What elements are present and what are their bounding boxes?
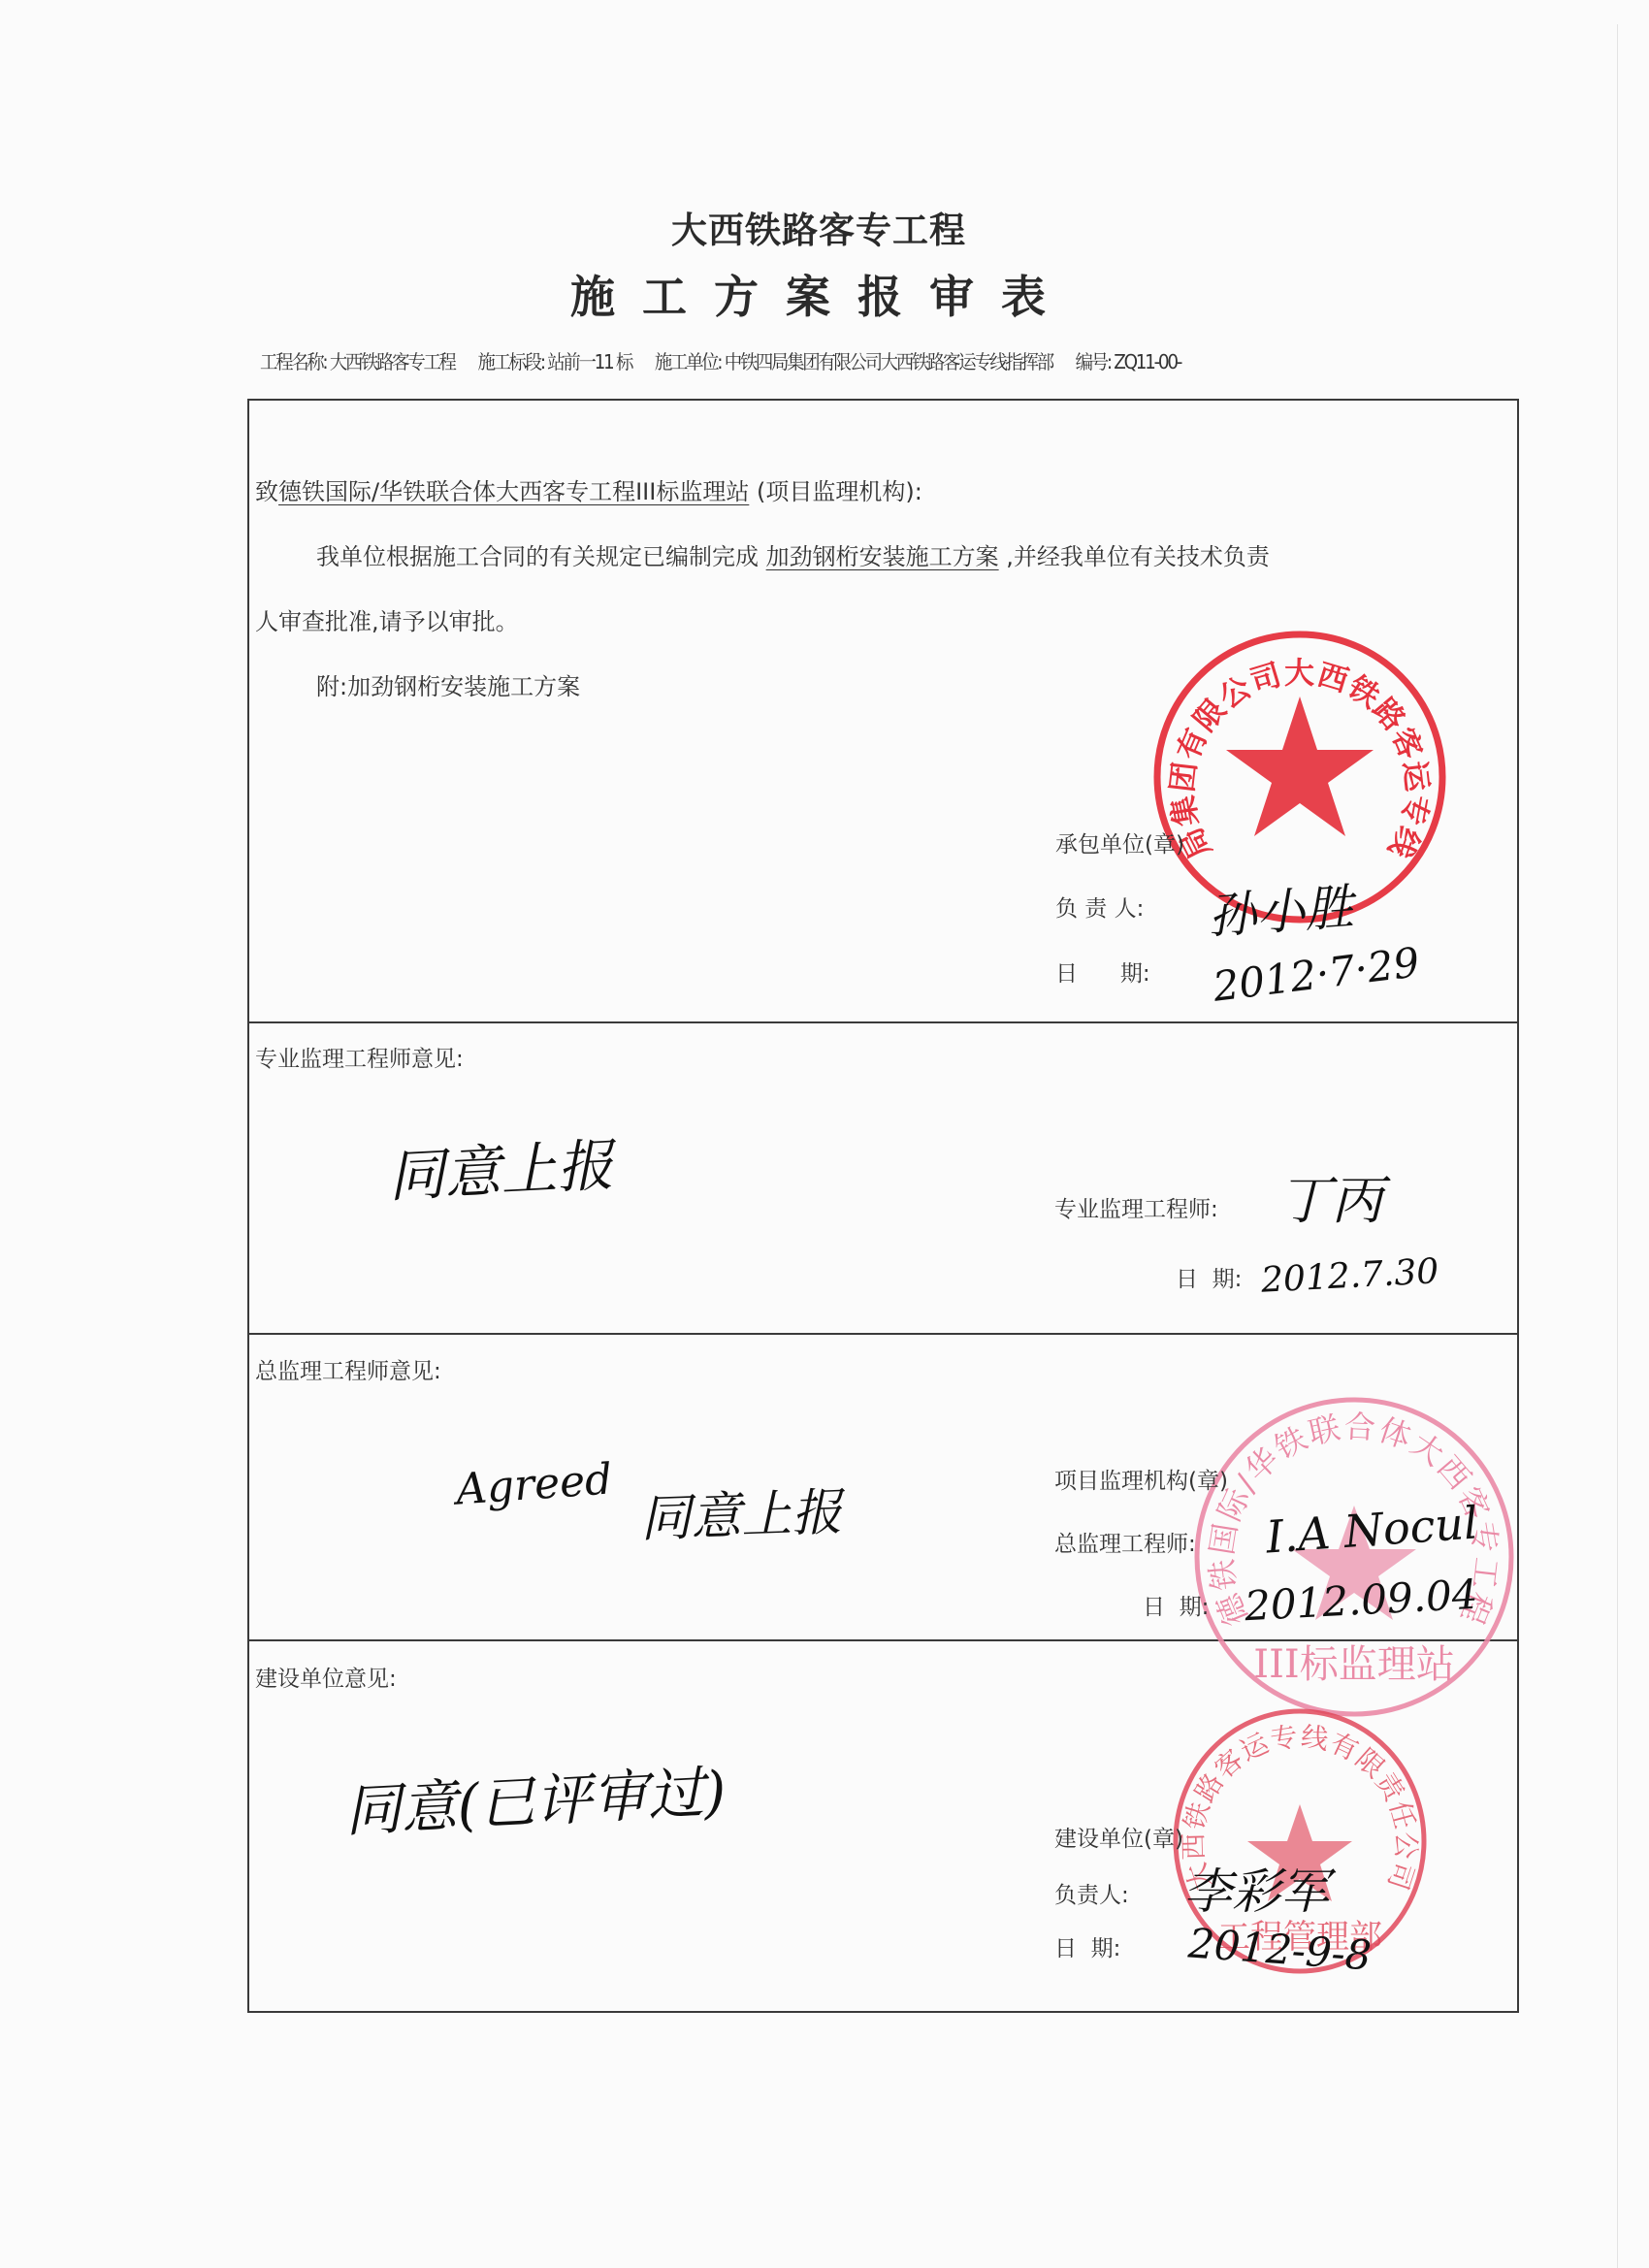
addressee: 德铁国际/华铁联合体大西客专工程III标监理站: [278, 478, 749, 505]
owner-date-label: 日 期:: [1054, 1930, 1120, 1962]
section-label: 施工标段:: [477, 350, 543, 373]
section-divider: [247, 1333, 1519, 1335]
chief-opinion-cn: 同意上报: [639, 1471, 844, 1550]
line1-prefix: 我单位根据施工合同的有关规定已编制完成: [316, 543, 759, 570]
contractor-unit-label: 承包单位(章): [1055, 826, 1184, 859]
project-name: 大西铁路客专工程: [330, 350, 455, 373]
svg-text:III标监理站: III标监理站: [1253, 1642, 1454, 1687]
owner-unit-label: 建设单位(章): [1054, 1821, 1183, 1853]
contractor-label: 施工单位:: [655, 350, 721, 373]
section-value: 站前一11 标: [547, 350, 631, 373]
specialist-opinion: 同意上报: [386, 1119, 615, 1213]
specialist-engineer-label: 专业监理工程师:: [1054, 1191, 1218, 1223]
specialist-date-label: 日 期:: [1176, 1261, 1242, 1293]
specialist-signature: 丁丙: [1278, 1159, 1383, 1234]
document-meta-line: 工程名称: 大西铁路客专工程 施工标段: 站前一11 标 施工单位: 中铁四局集…: [260, 346, 1180, 374]
addressee-suffix: (项目监理机构):: [757, 478, 922, 505]
chief-engineer-label: 总监理工程师:: [1054, 1526, 1196, 1558]
number-value: ZQ11-00-: [1114, 350, 1180, 373]
owner-opinion-heading: 建设单位意见:: [255, 1661, 397, 1693]
chief-date-label: 日 期:: [1143, 1589, 1209, 1621]
chief-opinion-heading: 总监理工程师意见:: [255, 1353, 441, 1385]
document-subtitle: 施工方案报审表: [0, 262, 1649, 326]
project-name-label: 工程名称:: [260, 350, 326, 373]
owner-signature: 李彩军: [1183, 1853, 1329, 1923]
scan-edge: [1617, 24, 1618, 2268]
supervision-org-label: 项目监理机构(章): [1054, 1463, 1228, 1495]
contractor-value: 中铁四局集团有限公司大西铁路客运专线指挥部: [725, 350, 1052, 373]
star-icon: [1226, 697, 1374, 836]
line1-suffix: ,并经我单位有关技术负责: [1006, 543, 1270, 570]
section-divider: [247, 1021, 1519, 1023]
to-prefix: 致: [255, 478, 278, 505]
owner-person-label: 负责人:: [1054, 1877, 1129, 1909]
submission-line-1: 我单位根据施工合同的有关规定已编制完成 加劲钢桁安装施工方案 ,并经我单位有关技…: [316, 537, 1270, 571]
submission-line-2: 人审查批准,请予以审批。: [255, 602, 519, 636]
contractor-signature: 孙小胜: [1206, 868, 1356, 948]
specialist-opinion-heading: 专业监理工程师意见:: [255, 1041, 464, 1073]
attachment-line: 附:加劲钢桁安装施工方案: [316, 667, 580, 701]
contractor-date-label: 日 期:: [1055, 956, 1150, 988]
plan-name: 加劲钢桁安装施工方案: [766, 543, 999, 570]
addressee-line: 致德铁国际/华铁联合体大西客专工程III标监理站 (项目监理机构):: [255, 472, 922, 506]
contractor-person-label: 负 责 人:: [1055, 891, 1144, 923]
document-title: 大西铁路客专工程: [0, 201, 1649, 253]
number-label: 编号:: [1076, 350, 1111, 373]
